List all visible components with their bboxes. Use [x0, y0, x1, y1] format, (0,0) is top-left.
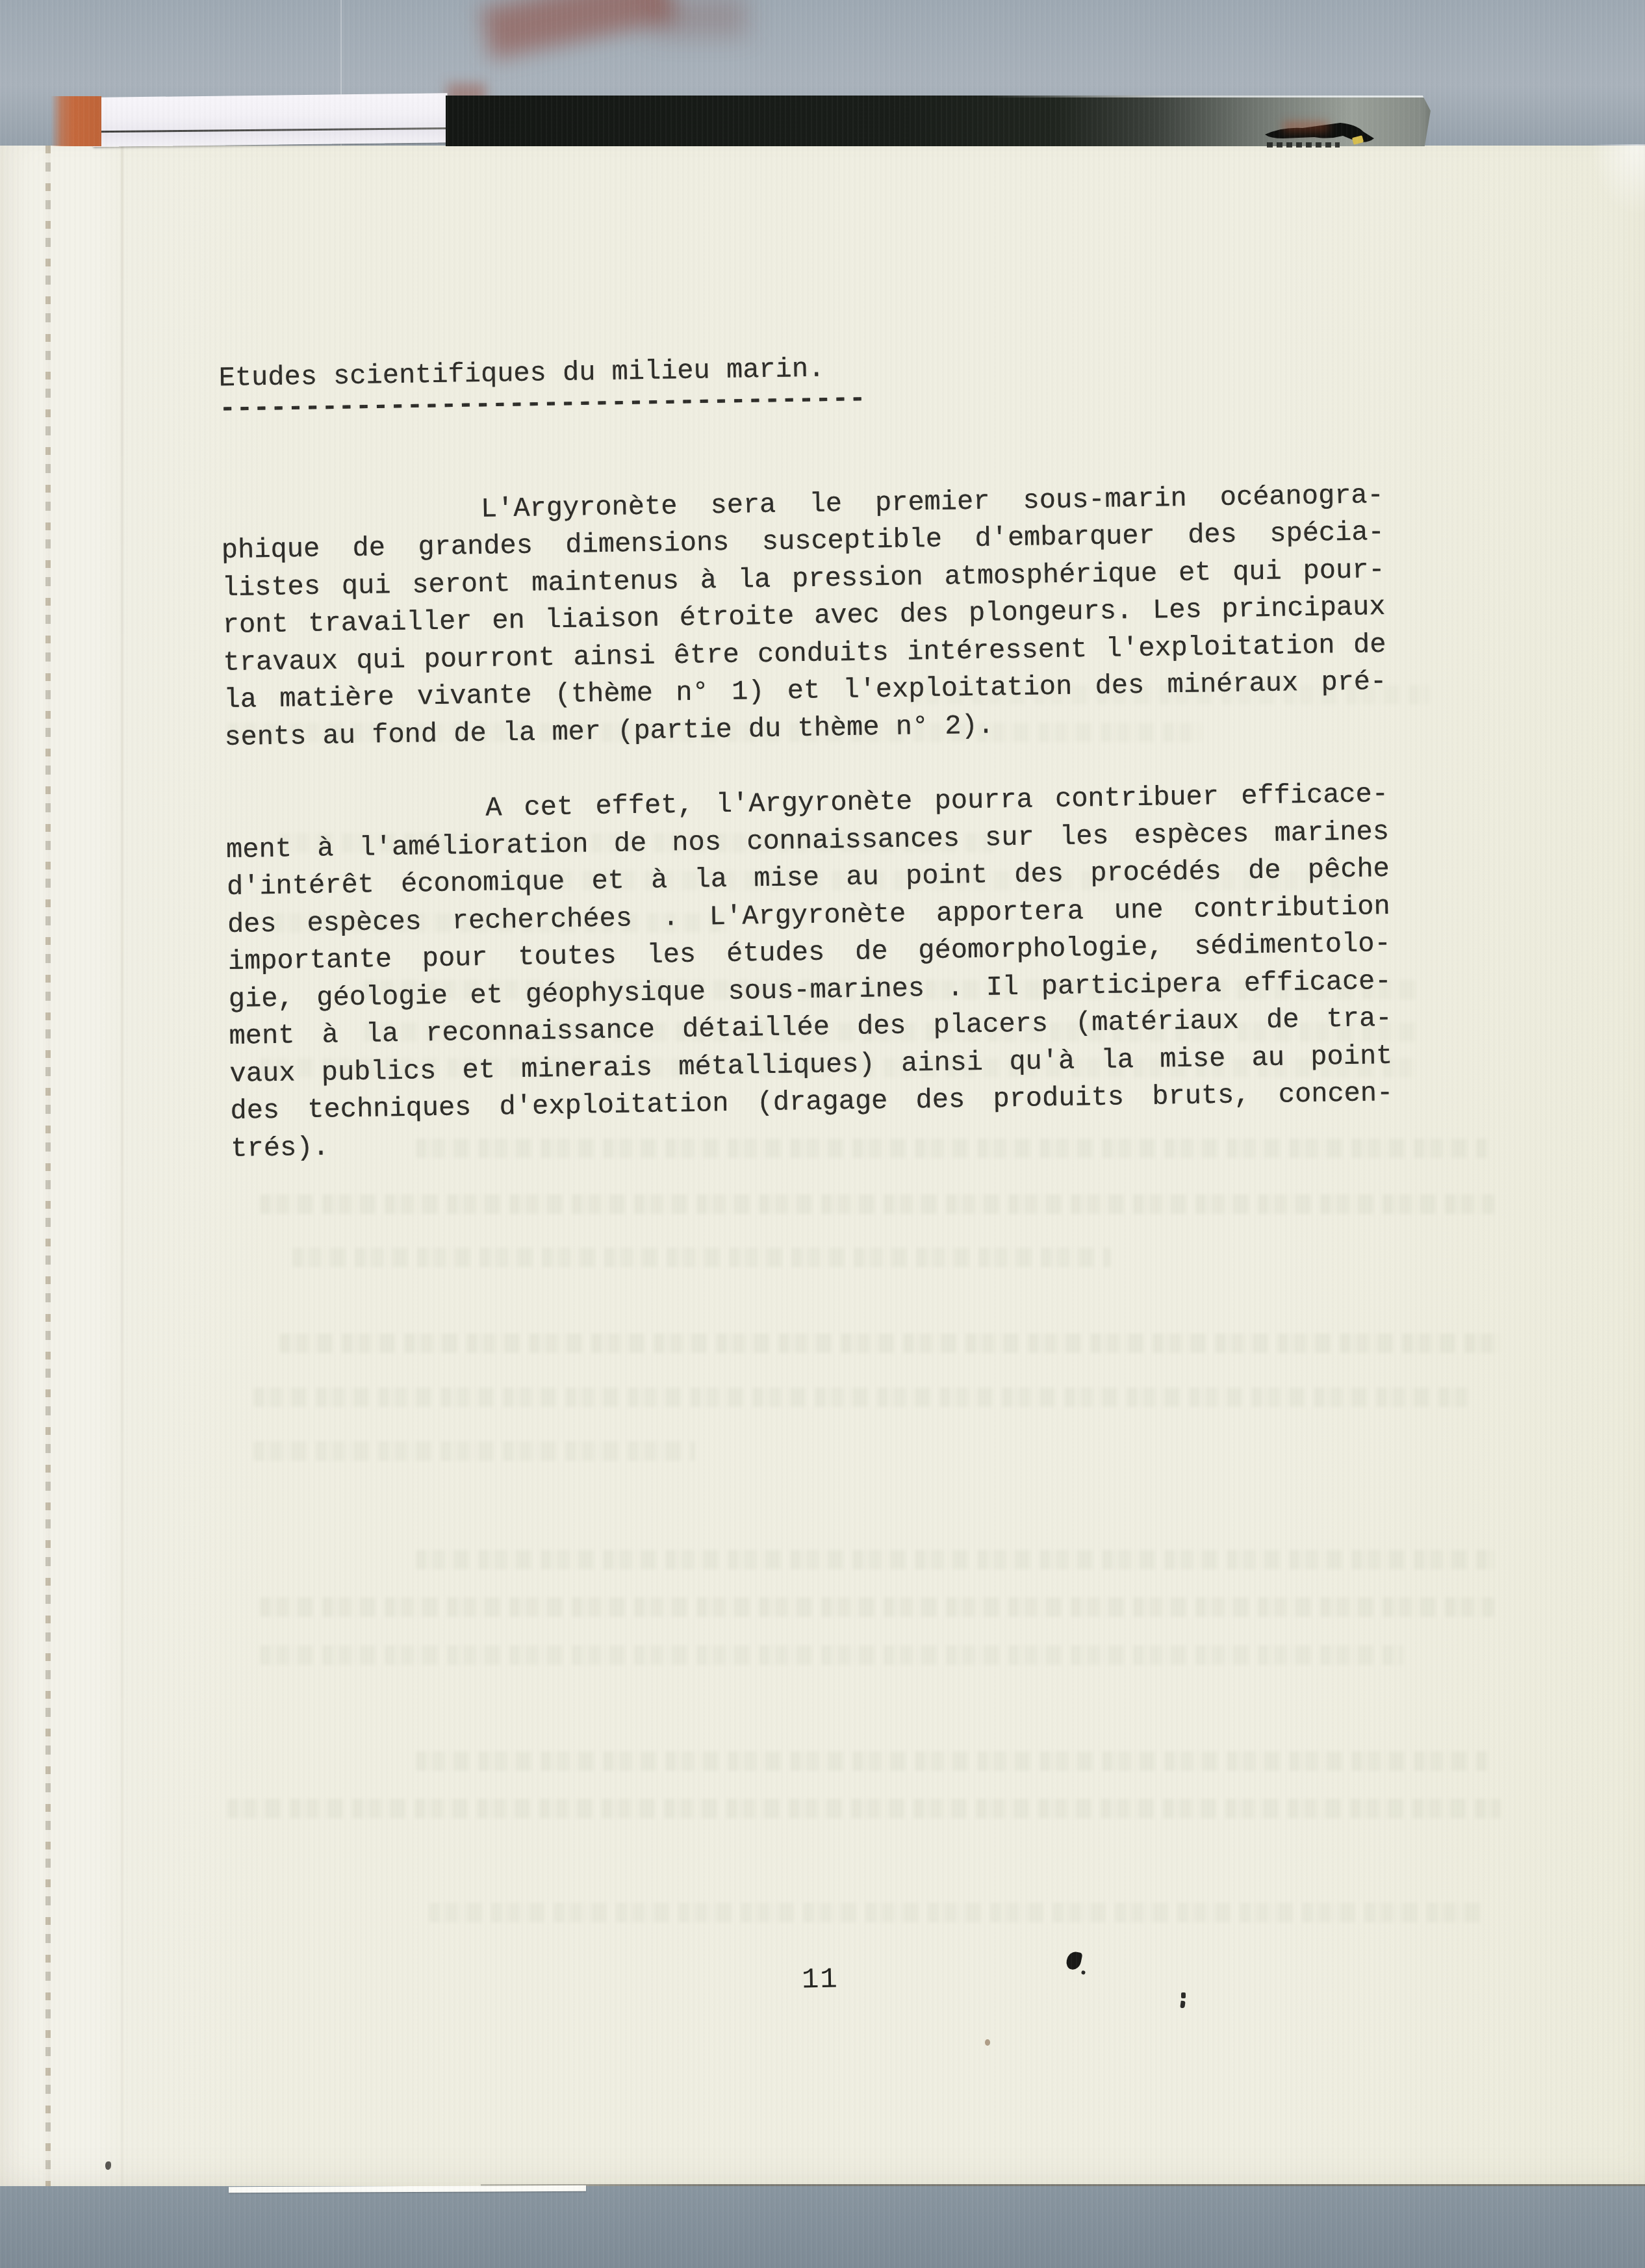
bleed-through-line [253, 1441, 695, 1461]
tiny-print-marks [1267, 142, 1340, 148]
red-marker-smudge [481, 0, 676, 59]
spine-end-mark [1264, 120, 1377, 148]
adjacent-page-edge [93, 93, 448, 147]
adjacent-page-edge-line [93, 127, 448, 133]
bleed-through-line [416, 1751, 1488, 1771]
page-number: 11 [802, 1964, 839, 1997]
paragraph-1: L'Argyronète sera le premier sous-marin … [221, 476, 1388, 756]
bleed-through-line [429, 1903, 1481, 1922]
bleed-through-line [416, 1550, 1494, 1569]
red-marker-smudge-faint [650, 0, 747, 37]
bleed-through-line [227, 1799, 1501, 1818]
typewritten-text-block: Etudes scientifiques du milieu marin. --… [218, 342, 1394, 1168]
paragraph-2: A cet effet, l'Argyronète pourra contrib… [225, 776, 1394, 1168]
ink-speck [985, 2039, 990, 2046]
page-bottom-shadow-line [481, 2184, 1645, 2186]
bleed-through-line [253, 1387, 1468, 1407]
bleed-through-line [279, 1334, 1501, 1353]
orange-marker-stain [51, 96, 101, 146]
binding-stitch-seam [45, 146, 51, 2186]
red-tint-smudge [1283, 122, 1329, 132]
page-bottom-edge-highlight [229, 2185, 586, 2193]
page-fold-crease [121, 146, 123, 2186]
bleed-through-line [260, 1194, 1494, 1214]
ink-speck [1181, 1992, 1186, 1998]
page-corner-highlight [1590, 144, 1645, 216]
bleed-through-line [260, 1597, 1494, 1617]
bleed-through-line [292, 1248, 1111, 1267]
bleed-through-line [260, 1645, 1403, 1665]
scanned-document: Etudes scientifiques du milieu marin. --… [0, 0, 1645, 2268]
